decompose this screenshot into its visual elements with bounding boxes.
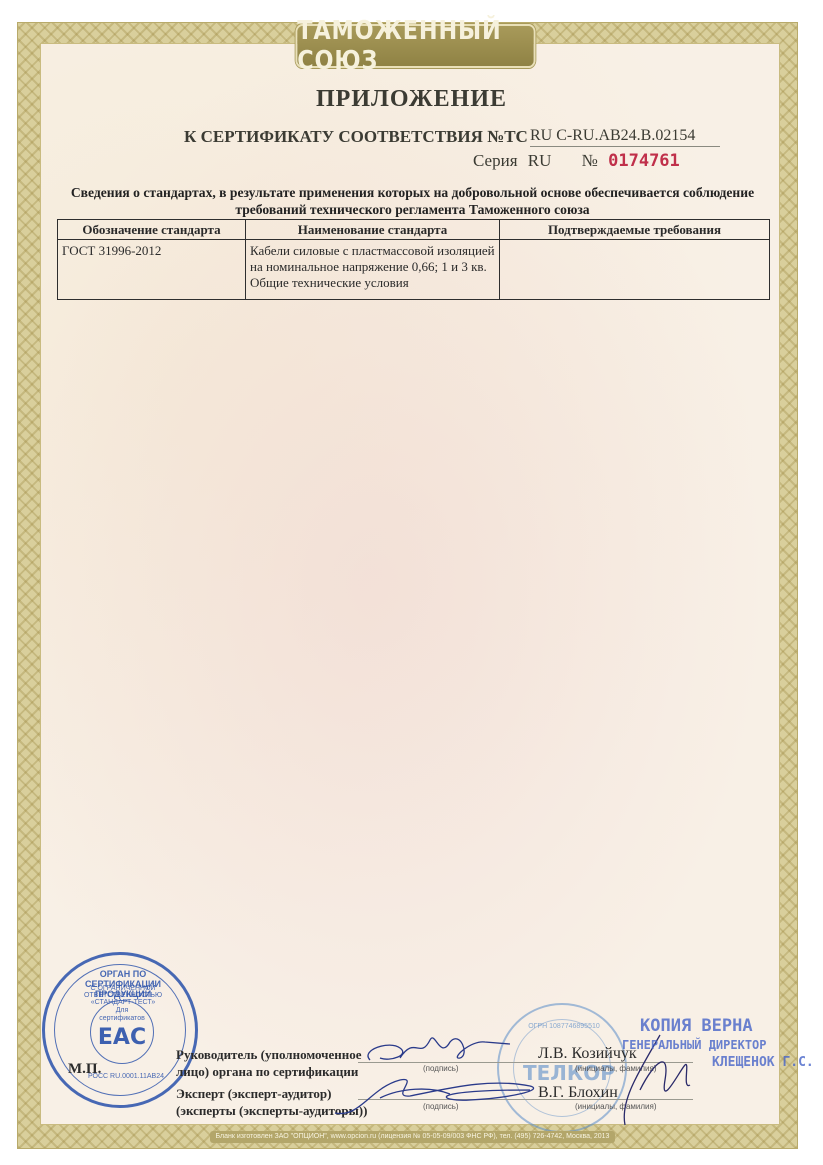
director-name-stamp: КЛЕЩЕНОК Г.С. <box>712 1055 814 1070</box>
series-label: Серия <box>473 151 518 170</box>
standards-table: Обозначение стандарта Наименование станд… <box>57 219 770 300</box>
expert-signature <box>330 1068 550 1118</box>
customs-union-banner: ТАМОЖЕННЫЙ СОЮЗ <box>296 24 536 68</box>
seal-place-label: М.П. <box>68 1061 101 1078</box>
column-header: Обозначение стандарта <box>58 220 246 240</box>
certificate-label: К СЕРТИФИКАТУ СООТВЕТСТВИЯ №ТС <box>184 127 528 147</box>
page-title: ПРИЛОЖЕНИЕ <box>0 86 823 113</box>
table-row: ГОСТ 31996-2012 Кабели силовые с пластма… <box>58 240 770 300</box>
seal-for-text: Для сертификатов <box>92 1007 152 1023</box>
head-label-line1: Руководитель (уполномоченное <box>176 1046 362 1063</box>
standards-intro: Сведения о стандартах, в результате прим… <box>55 184 770 218</box>
series-line: Серия RU № 0174761 <box>473 151 680 171</box>
confirmed-requirements <box>500 240 770 300</box>
seal-inner-text: С ОГРАНИЧЕННОЙ ОТВЕТСТВЕННОСТЬЮ «СТАНДАР… <box>73 985 173 1006</box>
column-header: Подтверждаемые требования <box>500 220 770 240</box>
column-header: Наименование стандарта <box>246 220 500 240</box>
standard-designation: ГОСТ 31996-2012 <box>58 240 246 300</box>
head-signature <box>360 1030 520 1070</box>
number-sign: № <box>582 151 598 170</box>
eac-mark-icon: ЕАС <box>97 1025 147 1050</box>
copy-verified-stamp: КОПИЯ ВЕРНА <box>640 1016 753 1036</box>
certificate-number: RU C-RU.АВ24.В.02154 <box>530 127 720 147</box>
blank-printer-footer: Бланк изготовлен ЗАО "ОПЦИОН", www.opcio… <box>210 1131 615 1143</box>
blank-number: 0174761 <box>608 151 680 171</box>
certification-body-seal: ОРГАН ПО СЕРТИФИКАЦИИ ПРОДУКЦИИ С ОГРАНИ… <box>42 952 198 1108</box>
company-ogrn: ОГРН 1087746895510 <box>519 1023 609 1030</box>
standard-name: Кабели силовые с пластмассовой изоляцией… <box>246 240 500 300</box>
series-value: RU <box>528 151 552 170</box>
director-title-stamp: ГЕНЕРАЛЬНЫЙ ДИРЕКТОР <box>622 1038 767 1052</box>
